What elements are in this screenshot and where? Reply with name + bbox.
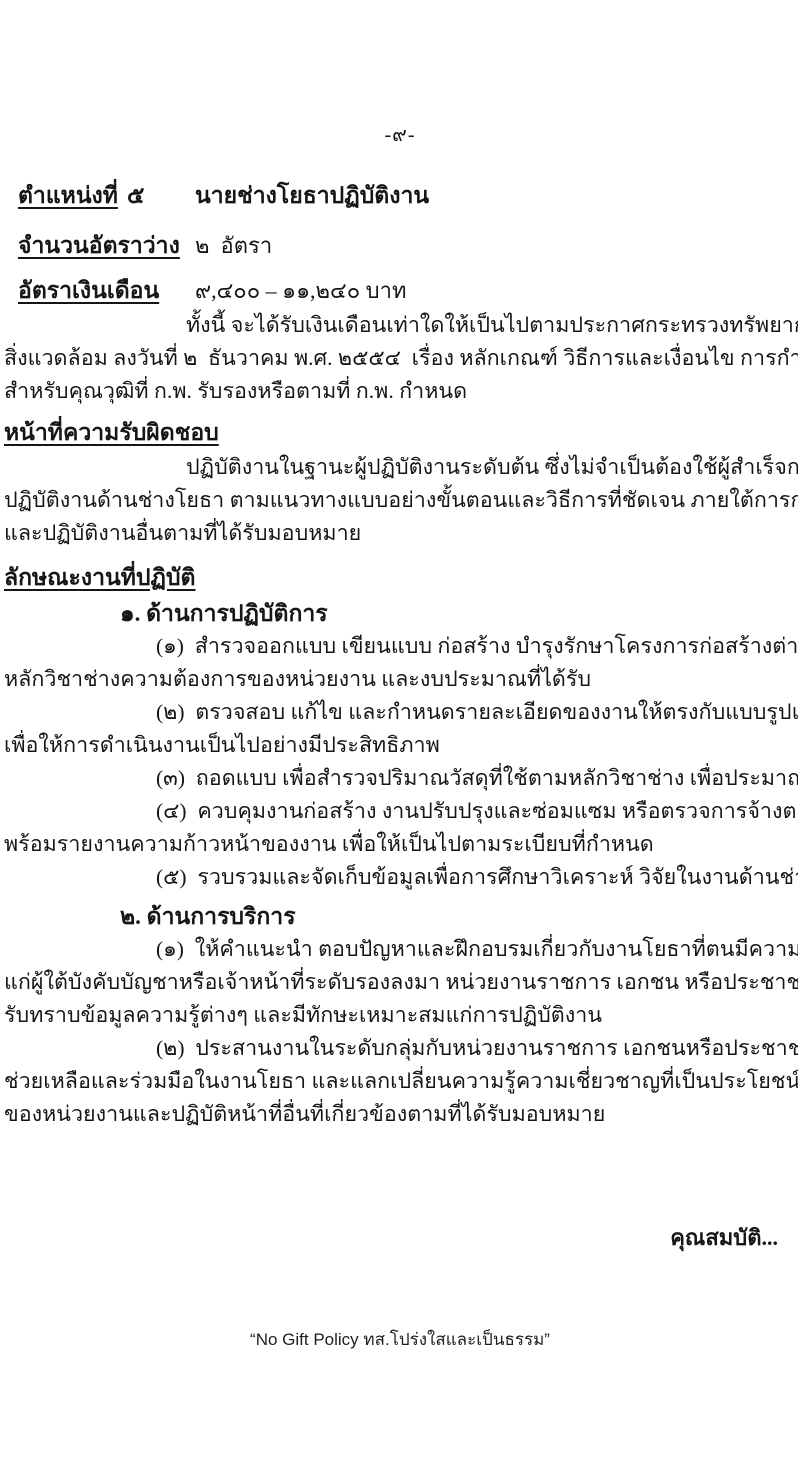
group-service-title: ๒. ด้านการบริการ bbox=[4, 900, 798, 933]
position-label: ตำแหน่งที่ bbox=[18, 183, 118, 208]
text-line: ปฏิบัติงานด้านช่างโยธา ตามแนวทางแบบอย่าง… bbox=[4, 484, 798, 517]
text-line: สำหรับคุณวุฒิที่ ก.พ. รับรองหรือตามที่ ก… bbox=[4, 375, 798, 408]
vacancy-label: จำนวนอัตราว่าง bbox=[18, 233, 180, 258]
text-line: ช่วยเหลือและร่วมมือในงานโยธา และแลกเปลี่… bbox=[4, 1065, 798, 1098]
text-line: (๕) รวบรวมและจัดเก็บข้อมูลเพื่อการศึกษาว… bbox=[4, 861, 798, 894]
document-body: ทั้งนี้ จะได้รับเงินเดือนเท่าใดให้เป็นไป… bbox=[4, 309, 798, 1131]
group-service: ๒. ด้านการบริการ (๑) ให้คำแนะนำ ตอบปัญหา… bbox=[4, 900, 798, 1131]
text-line: (๓) ถอดแบบ เพื่อสำรวจปริมาณวัสดุที่ใช้ตา… bbox=[4, 762, 798, 795]
group-operations-lines: (๑) สำรวจออกแบบ เขียนแบบ ก่อสร้าง บำรุงร… bbox=[4, 630, 798, 894]
vacancy-row: จำนวนอัตราว่าง ๒ อัตรา bbox=[18, 228, 780, 262]
salary-note-paragraph: ทั้งนี้ จะได้รับเงินเดือนเท่าใดให้เป็นไป… bbox=[4, 309, 798, 408]
text-line: (๒) ประสานงานในระดับกลุ่มกับหน่วยงานราชก… bbox=[4, 1032, 798, 1065]
salary-row: อัตราเงินเดือน ๙,๔๐๐ – ๑๑,๒๔๐ บาท bbox=[18, 273, 780, 307]
text-line: (๒) ตรวจสอบ แก้ไข และกำหนดรายละเอียดของง… bbox=[4, 696, 798, 729]
salary-label: อัตราเงินเดือน bbox=[18, 278, 159, 303]
vacancy-value: ๒ อัตรา bbox=[195, 228, 272, 263]
position-title: นายช่างโยธาปฏิบัติงาน bbox=[195, 178, 429, 214]
text-line: พร้อมรายงานความก้าวหน้าของงาน เพื่อให้เป… bbox=[4, 828, 798, 861]
text-line: ของหน่วยงานและปฏิบัติหน้าที่อื่นที่เกี่ย… bbox=[4, 1098, 798, 1131]
text-line: แก่ผู้ใต้บังคับบัญชาหรือเจ้าหน้าที่ระดับ… bbox=[4, 966, 798, 999]
position-row: ตำแหน่งที่๕ นายช่างโยธาปฏิบัติงาน bbox=[18, 178, 780, 212]
duties-paragraph: ปฏิบัติงานในฐานะผู้ปฏิบัติงานระดับต้น ซึ… bbox=[4, 451, 798, 550]
text-line: (๑) สำรวจออกแบบ เขียนแบบ ก่อสร้าง บำรุงร… bbox=[4, 630, 798, 663]
group-service-lines: (๑) ให้คำแนะนำ ตอบปัญหาและฝึกอบรมเกี่ยวก… bbox=[4, 933, 798, 1131]
group-operations-title: ๑. ด้านการปฏิบัติการ bbox=[4, 597, 798, 630]
work-characteristics-heading: ลักษณะงานที่ปฏิบัติ bbox=[4, 561, 798, 594]
text-line: เพื่อให้การดำเนินงานเป็นไปอย่างมีประสิทธ… bbox=[4, 729, 798, 762]
continuation-catchword: คุณสมบัติ... bbox=[670, 1220, 778, 1255]
text-line: ปฏิบัติงานในฐานะผู้ปฏิบัติงานระดับต้น ซึ… bbox=[4, 451, 798, 484]
text-line: รับทราบข้อมูลความรู้ต่างๆ และมีทักษะเหมา… bbox=[4, 999, 798, 1032]
text-line: และปฏิบัติงานอื่นตามที่ได้รับมอบหมาย bbox=[4, 517, 798, 550]
salary-value: ๙,๔๐๐ – ๑๑,๒๔๐ บาท bbox=[195, 273, 406, 308]
text-line: ทั้งนี้ จะได้รับเงินเดือนเท่าใดให้เป็นไป… bbox=[4, 309, 798, 342]
text-line: หลักวิชาช่างความต้องการของหน่วยงาน และงบ… bbox=[4, 663, 798, 696]
text-line: สิ่งแวดล้อม ลงวันที่ ๒ ธันวาคม พ.ศ. ๒๕๕๔… bbox=[4, 342, 798, 375]
text-line: (๑) ให้คำแนะนำ ตอบปัญหาและฝึกอบรมเกี่ยวก… bbox=[4, 933, 798, 966]
document-page: -๙- ตำแหน่งที่๕ นายช่างโยธาปฏิบัติงาน จำ… bbox=[0, 0, 800, 1462]
position-number: ๕ bbox=[127, 183, 144, 208]
footer-slogan: “No Gift Policy ทส.โปร่งใสและเป็นธรรม” bbox=[0, 1326, 800, 1353]
group-operations: ๑. ด้านการปฏิบัติการ (๑) สำรวจออกแบบ เขี… bbox=[4, 597, 798, 894]
page-number: -๙- bbox=[0, 118, 800, 150]
text-line: (๔) ควบคุมงานก่อสร้าง งานปรับปรุงและซ่อม… bbox=[4, 795, 798, 828]
duties-heading: หน้าที่ความรับผิดชอบ bbox=[4, 416, 798, 449]
